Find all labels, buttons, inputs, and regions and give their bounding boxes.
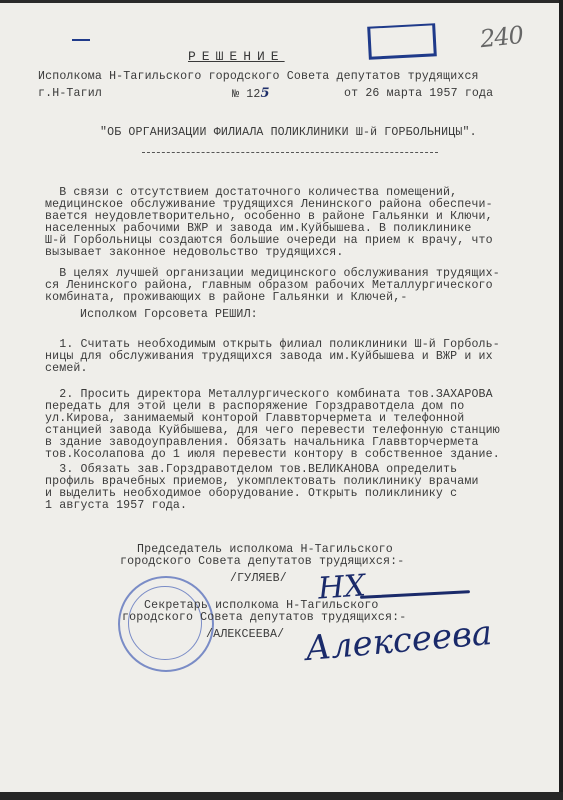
item-2-line: тов.Косолапова до 1 июля перевести конто… (45, 449, 500, 461)
chairman-name: /ГУЛЯЕВ/ (230, 573, 287, 585)
archive-stamp-box (367, 23, 437, 60)
scan-edge-bottom (0, 792, 563, 800)
number-prefix: № 12 (232, 88, 260, 101)
document-date: от 26 марта 1957 года (344, 88, 493, 100)
document-page: 240 РЕШЕНИЕ Исполкома Н-Тагильского горо… (0, 3, 560, 793)
secretary-title-2: городского Совета депутатов трудящихся:- (122, 612, 406, 624)
resolved-line-line: Исполком Горсовета РЕШИЛ: (80, 309, 258, 321)
number-handwritten: 5 (260, 86, 269, 101)
subject-rule (142, 152, 438, 153)
issuer-line: Исполкома Н-Тагильского городского Совет… (38, 71, 479, 83)
chairman-title-2: городского Совета депутатов трудящихся:- (120, 556, 404, 568)
official-seal (118, 576, 214, 672)
archive-stamp-mark (72, 39, 90, 41)
chairman-signature-stroke (360, 590, 470, 599)
secretary-name: /АЛЕКСЕЕВА/ (206, 629, 284, 641)
preamble-paragraph-2-line: комбината, проживающих в районе Гальянки… (45, 292, 407, 304)
document-title: РЕШЕНИЕ (188, 49, 285, 64)
document-subject: "ОБ ОРГАНИЗАЦИИ ФИЛИАЛА ПОЛИКЛИНИКИ Ш-й … (100, 127, 477, 139)
item-1-line: ницы для обслуживания трудящихся завода … (45, 351, 493, 363)
item-3-line: 1 августа 1957 года. (45, 500, 187, 512)
document-number: № 125 (232, 88, 270, 101)
archive-page-number: 240 (479, 21, 525, 53)
city: г.Н-Тагил (38, 88, 102, 100)
preamble-paragraph-1-line: вызывает законное недовольство трудящихс… (45, 247, 344, 259)
scan-edge-right (559, 0, 563, 800)
item-1-line: семей. (45, 363, 88, 375)
